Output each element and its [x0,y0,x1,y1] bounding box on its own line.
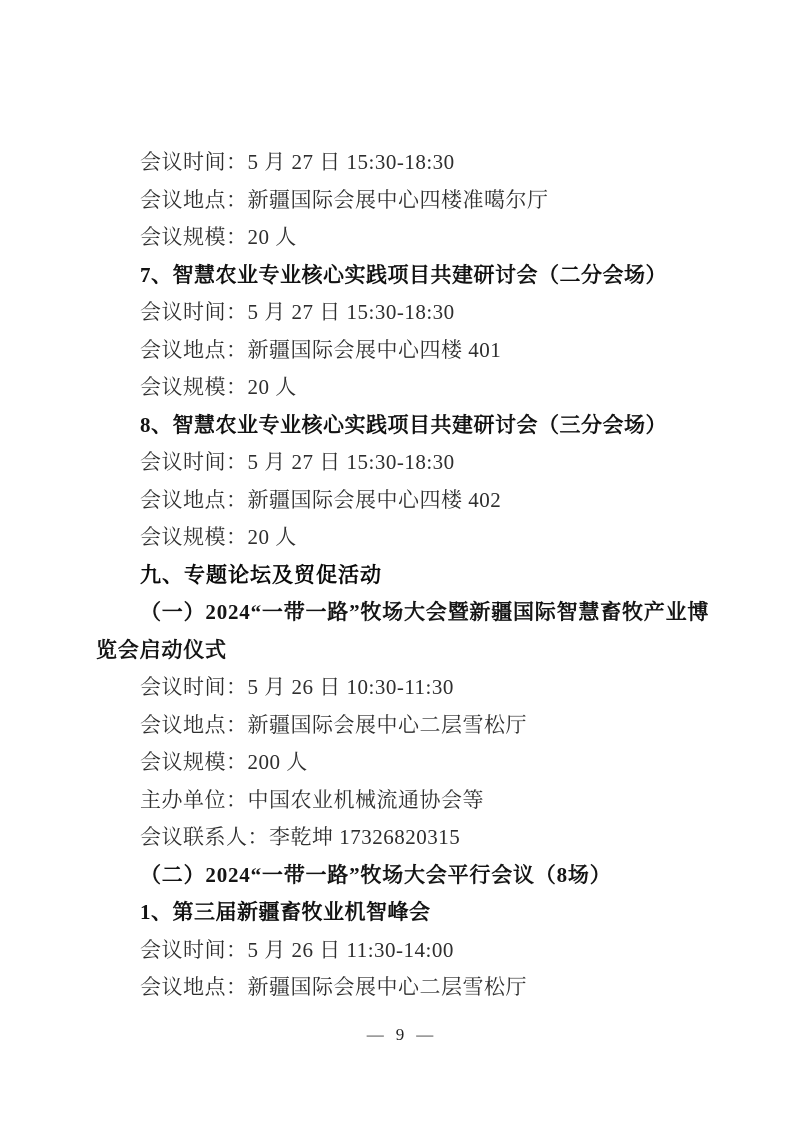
subsection-heading-one-continuation: 览会启动仪式 [96,632,706,670]
contact-person-line: 会议联系人：李乾坤 17326820315 [96,819,706,857]
footer-right-dash: — [416,1022,433,1048]
section-heading-nine: 九、专题论坛及贸促活动 [96,557,706,595]
organizer-line: 主办单位：中国农业机械流通协会等 [96,782,706,820]
document-page: 会议时间：5 月 27 日 15:30-18:30 会议地点：新疆国际会展中心四… [0,0,800,1131]
meeting-time-line: 会议时间：5 月 27 日 15:30-18:30 [96,444,706,482]
meeting-time-line: 会议时间：5 月 26 日 11:30-14:00 [96,932,706,970]
subsection-heading-one: （一）2024“一带一路”牧场大会暨新疆国际智慧畜牧产业博 [96,594,706,632]
meeting-location-line: 会议地点：新疆国际会展中心四楼准噶尔厅 [96,182,706,220]
page-number: 9 [396,1022,405,1048]
meeting-location-line: 会议地点：新疆国际会展中心四楼 401 [96,332,706,370]
session-heading-8: 8、智慧农业专业核心实践项目共建研讨会（三分会场） [96,407,706,445]
meeting-location-line: 会议地点：新疆国际会展中心四楼 402 [96,482,706,520]
document-body: 会议时间：5 月 27 日 15:30-18:30 会议地点：新疆国际会展中心四… [96,144,706,1007]
subsection-heading-two: （二）2024“一带一路”牧场大会平行会议（8场） [96,857,706,895]
meeting-scale-line: 会议规模：20 人 [96,369,706,407]
page-footer: —9— [0,1022,800,1048]
meeting-scale-line: 会议规模：20 人 [96,519,706,557]
meeting-time-line: 会议时间：5 月 27 日 15:30-18:30 [96,294,706,332]
meeting-time-line: 会议时间：5 月 26 日 10:30-11:30 [96,669,706,707]
session-heading-7: 7、智慧农业专业核心实践项目共建研讨会（二分会场） [96,257,706,295]
meeting-time-line: 会议时间：5 月 27 日 15:30-18:30 [96,144,706,182]
meeting-scale-line: 会议规模：20 人 [96,219,706,257]
session-heading-1: 1、第三届新疆畜牧业机智峰会 [96,894,706,932]
meeting-location-line: 会议地点：新疆国际会展中心二层雪松厅 [96,969,706,1007]
meeting-location-line: 会议地点：新疆国际会展中心二层雪松厅 [96,707,706,745]
footer-left-dash: — [367,1022,384,1048]
meeting-scale-line: 会议规模：200 人 [96,744,706,782]
